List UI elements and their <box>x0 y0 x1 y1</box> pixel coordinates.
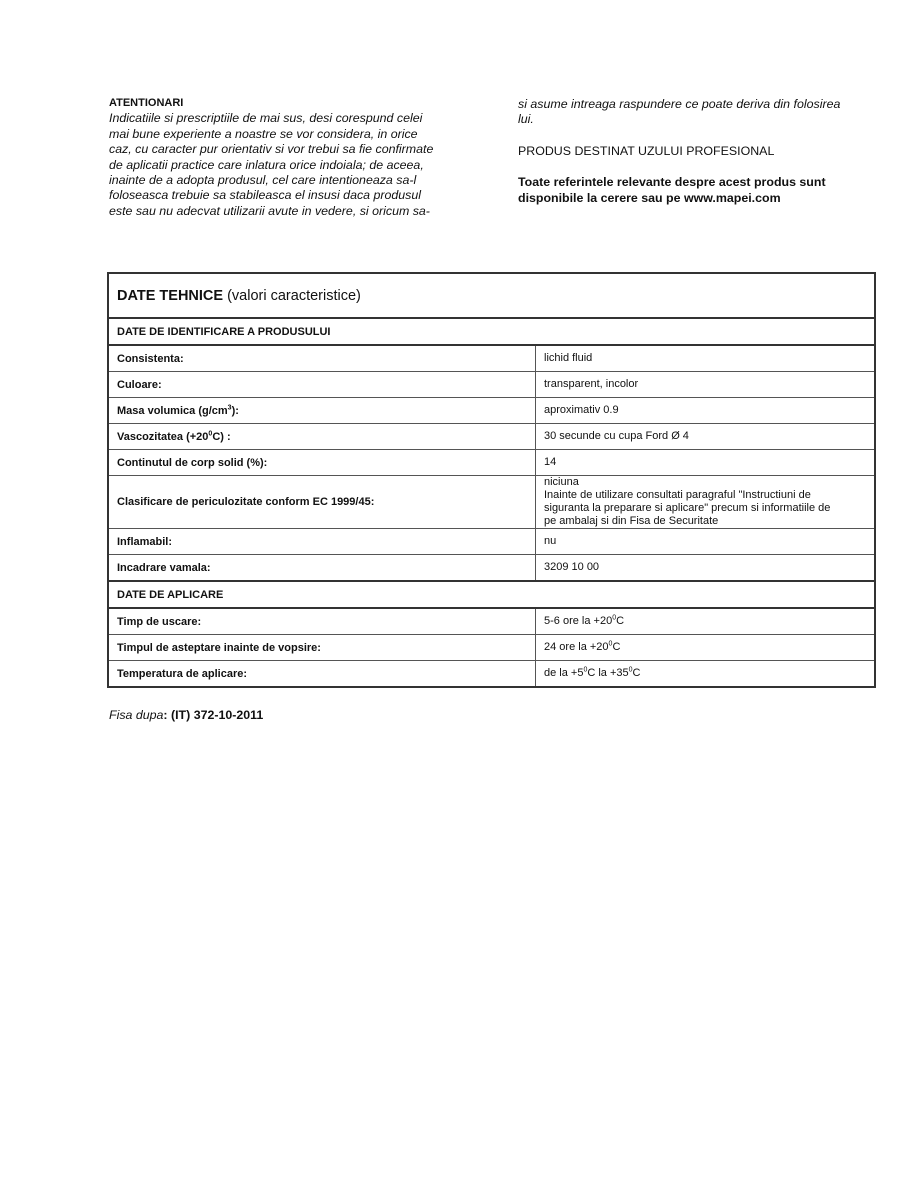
warnings-line: mai bune experiente a noastre se vor con… <box>109 127 479 142</box>
row-label: Inflamabil: <box>108 529 536 555</box>
label-text: Masa volumica (g/cm <box>117 405 228 417</box>
row-value: 30 secunde cu cupa Ford Ø 4 <box>536 424 876 450</box>
warnings-line: inainte de a adopta produsul, cel care i… <box>109 173 479 188</box>
row-value: 14 <box>536 450 876 476</box>
references-line: disponibile la cerere sau pe www.mapei.c… <box>518 191 888 206</box>
sheet-reference-code: : (IT) 372-10-2011 <box>163 708 263 722</box>
warnings-line: Indicatiile si prescriptiile de mai sus,… <box>109 111 479 126</box>
table-row: Temperatura de aplicare: de la +50C la +… <box>108 661 875 688</box>
table-title-row: DATE TEHNICE (valori caracteristice) <box>108 273 875 318</box>
value-line: niciuna <box>544 476 874 489</box>
table-title-rest: (valori caracteristice) <box>223 288 361 304</box>
value-line: pe ambalaj si din Fisa de Securitate <box>544 515 874 528</box>
warnings-left-column: ATENTIONARI Indicatiile si prescriptiile… <box>109 96 479 219</box>
value-text: C <box>616 615 624 627</box>
row-value: lichid fluid <box>536 345 876 372</box>
row-value: de la +50C la +350C <box>536 661 876 688</box>
warnings-line: lui. <box>518 112 888 127</box>
row-value: 3209 10 00 <box>536 555 876 582</box>
label-text: C) : <box>212 431 230 443</box>
table-title: DATE TEHNICE (valori caracteristice) <box>108 273 875 318</box>
value-text: C la +35 <box>587 667 628 679</box>
value-text: C <box>612 641 620 653</box>
label-text: Vascozitatea (+20 <box>117 431 208 443</box>
warnings-line: este sau nu adecvat utilizarii avute in … <box>109 204 479 219</box>
table-row: Incadrare vamala: 3209 10 00 <box>108 555 875 582</box>
sheet-reference-prefix: Fisa dupa <box>109 708 163 722</box>
value-text: 5-6 ore la +20 <box>544 615 612 627</box>
row-label: Clasificare de periculozitate conform EC… <box>108 476 536 529</box>
label-text: ): <box>232 405 239 417</box>
references-line: Toate referintele relevante despre acest… <box>518 175 888 190</box>
table-row: Inflamabil: nu <box>108 529 875 555</box>
value-line: Inainte de utilizare consultati paragraf… <box>544 489 874 502</box>
warnings-right-column: si asume intreaga raspundere ce poate de… <box>518 97 888 206</box>
table-row: Culoare: transparent, incolor <box>108 372 875 398</box>
warnings-text: Indicatiile si prescriptiile de mai sus,… <box>109 111 479 219</box>
table-title-bold: DATE TEHNICE <box>117 288 223 304</box>
row-label: Vascozitatea (+200C) : <box>108 424 536 450</box>
warnings-line: caz, cu caracter pur orientativ si vor t… <box>109 142 479 157</box>
row-label: Timpul de asteptare inainte de vopsire: <box>108 635 536 661</box>
row-label: Temperatura de aplicare: <box>108 661 536 688</box>
row-value: aproximativ 0.9 <box>536 398 876 424</box>
value-line: siguranta la preparare si aplicare" prec… <box>544 502 874 515</box>
value-text: C <box>633 667 641 679</box>
value-text: de la +5 <box>544 667 583 679</box>
table-row: Timp de uscare: 5-6 ore la +200C <box>108 608 875 635</box>
technical-data-table: DATE TEHNICE (valori caracteristice) DAT… <box>107 272 876 688</box>
warnings-line: si asume intreaga raspundere ce poate de… <box>518 97 888 112</box>
table-row: Vascozitatea (+200C) : 30 secunde cu cup… <box>108 424 875 450</box>
row-label: Masa volumica (g/cm3): <box>108 398 536 424</box>
value-text: 24 ore la +20 <box>544 641 609 653</box>
professional-use-notice: PRODUS DESTINAT UZULUI PROFESIONAL <box>518 144 888 159</box>
row-label: Incadrare vamala: <box>108 555 536 582</box>
row-label: Consistenta: <box>108 345 536 372</box>
section-header-row: DATE DE IDENTIFICARE A PRODUSULUI <box>108 318 875 345</box>
row-value: 24 ore la +200C <box>536 635 876 661</box>
row-value: transparent, incolor <box>536 372 876 398</box>
table-row: Continutul de corp solid (%): 14 <box>108 450 875 476</box>
row-label: Continutul de corp solid (%): <box>108 450 536 476</box>
row-label: Timp de uscare: <box>108 608 536 635</box>
table-row: Masa volumica (g/cm3): aproximativ 0.9 <box>108 398 875 424</box>
section-header-row: DATE DE APLICARE <box>108 581 875 608</box>
row-value: nu <box>536 529 876 555</box>
row-label: Culoare: <box>108 372 536 398</box>
application-header: DATE DE APLICARE <box>108 581 875 608</box>
warnings-line: de aplicatii practice care inlatura oric… <box>109 158 479 173</box>
table-row: Consistenta: lichid fluid <box>108 345 875 372</box>
warnings-line: foloseasca trebuie sa stabileasca el ins… <box>109 188 479 203</box>
table-row: Timpul de asteptare inainte de vopsire: … <box>108 635 875 661</box>
warnings-heading: ATENTIONARI <box>109 96 479 111</box>
row-value: niciuna Inainte de utilizare consultati … <box>536 476 876 529</box>
row-value: 5-6 ore la +200C <box>536 608 876 635</box>
sheet-reference: Fisa dupa: (IT) 372-10-2011 <box>109 708 263 722</box>
warnings-continuation: si asume intreaga raspundere ce poate de… <box>518 97 888 128</box>
table-row: Clasificare de periculozitate conform EC… <box>108 476 875 529</box>
references-notice: Toate referintele relevante despre acest… <box>518 175 888 206</box>
identification-header: DATE DE IDENTIFICARE A PRODUSULUI <box>108 318 875 345</box>
